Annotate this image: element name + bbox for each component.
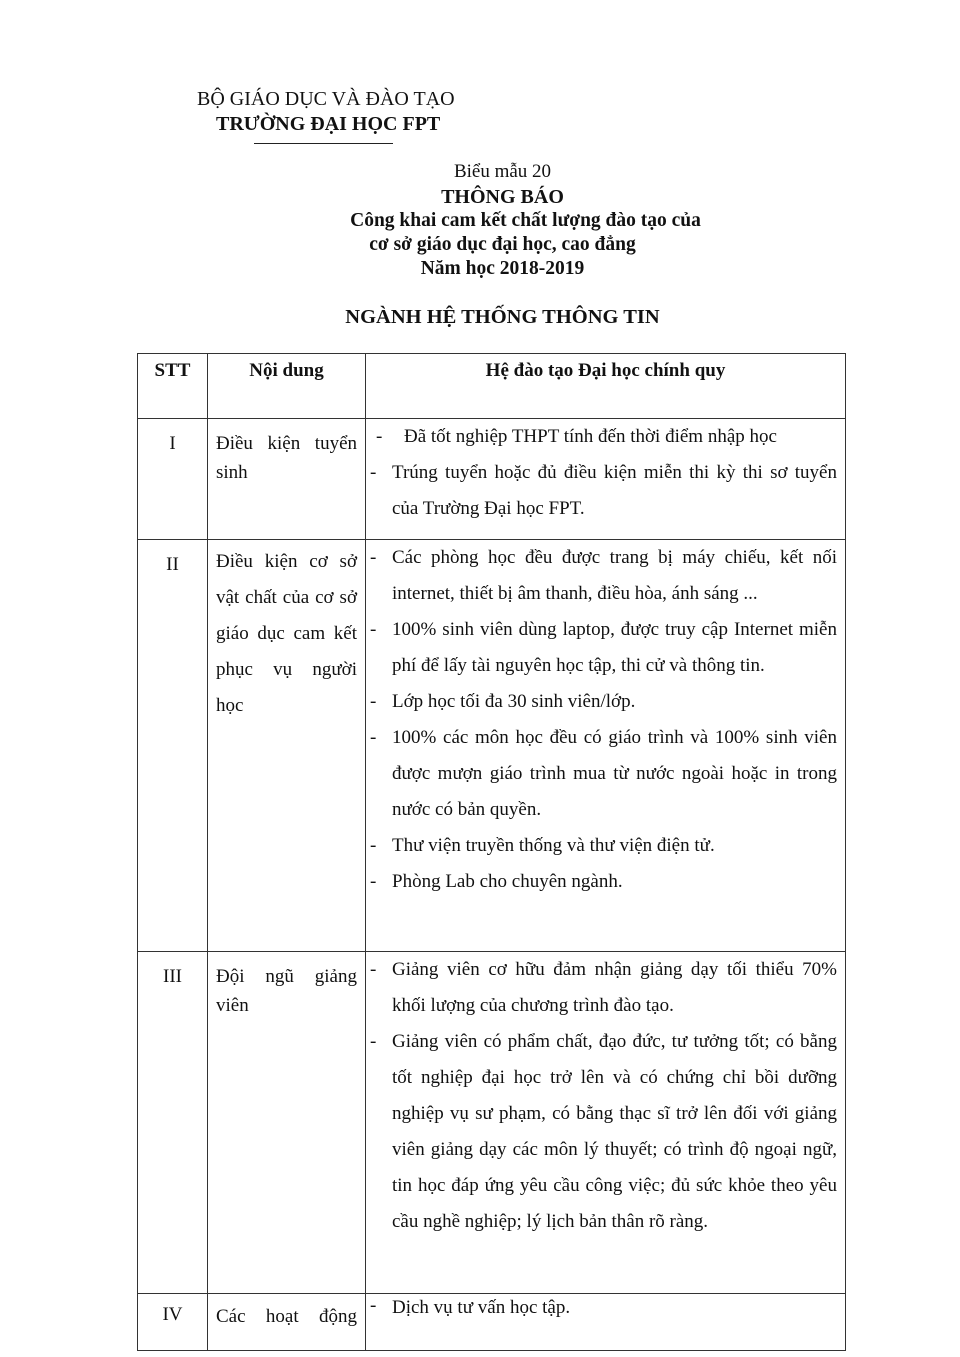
list-item: Các phòng học đều được trang bị máy chiế… [366, 540, 837, 612]
table-row: II Điều kiện cơ sở vật chất của cơ sở gi… [138, 540, 846, 952]
list-item: 100% sinh viên dùng laptop, được truy cậ… [366, 612, 837, 684]
row-content: Đội ngũ giảng viên [208, 952, 366, 1294]
notice-title: THÔNG BÁO [0, 186, 960, 209]
list-item: Dịch vụ tư vấn học tập. [366, 1294, 837, 1320]
list-item: Giảng viên cơ hữu đảm nhận giảng dạy tối… [366, 952, 837, 1024]
major-title: NGÀNH HỆ THỐNG THÔNG TIN [0, 306, 960, 329]
commitment-table: STT Nội dung Hệ đào tạo Đại học chính qu… [137, 353, 846, 1351]
row-number: III [138, 952, 208, 1294]
row-content: Các hoạt động [208, 1294, 366, 1351]
table-row: I Điều kiện tuyển sinh Đã tốt nghiệp THP… [138, 419, 846, 540]
row-detail: Các phòng học đều được trang bị máy chiế… [366, 540, 846, 952]
list-item: Phòng Lab cho chuyên ngành. [366, 864, 837, 900]
row-detail: Giảng viên cơ hữu đảm nhận giảng dạy tối… [366, 952, 846, 1294]
row-detail: Đã tốt nghiệp THPT tính đến thời điểm nh… [366, 419, 846, 540]
list-item: 100% các môn học đều có giáo trình và 10… [366, 720, 837, 828]
list-item: Lớp học tối đa 30 sinh viên/lớp. [366, 684, 837, 720]
header-content: Nội dung [208, 354, 366, 419]
table-header-row: STT Nội dung Hệ đào tạo Đại học chính qu… [138, 354, 846, 419]
header-divider [254, 143, 393, 144]
row-number: I [138, 419, 208, 540]
notice-subtitle-line2: cơ sở giáo dục đại học, cao đẳng [0, 234, 960, 256]
row-content: Điều kiện cơ sở vật chất của cơ sở giáo … [208, 540, 366, 952]
notice-subtitle-line1: Công khai cam kết chất lượng đào tạo của [0, 210, 960, 232]
table-row: IV Các hoạt động Dịch vụ tư vấn học tập. [138, 1294, 846, 1351]
row-content: Điều kiện tuyển sinh [208, 419, 366, 540]
school-name: TRƯỜNG ĐẠI HỌC FPT [216, 113, 440, 136]
academic-year: Năm học 2018-2019 [0, 258, 960, 280]
ministry-name: BỘ GIÁO DỤC VÀ ĐÀO TẠO [197, 88, 455, 111]
row-detail: Dịch vụ tư vấn học tập. [366, 1294, 846, 1351]
row-number: IV [138, 1294, 208, 1351]
list-item: Đã tốt nghiệp THPT tính đến thời điểm nh… [366, 419, 837, 455]
row-number: II [138, 540, 208, 952]
header-program: Hệ đào tạo Đại học chính quy [366, 354, 846, 419]
list-item: Trúng tuyển hoặc đủ điều kiện miễn thi k… [366, 455, 837, 527]
header-stt: STT [138, 354, 208, 419]
form-number: Biểu mẫu 20 [0, 161, 960, 183]
list-item: Thư viện truyền thống và thư viện điện t… [366, 828, 837, 864]
table-row: III Đội ngũ giảng viên Giảng viên cơ hữu… [138, 952, 846, 1294]
list-item: Giảng viên có phẩm chất, đạo đức, tư tưở… [366, 1024, 837, 1240]
